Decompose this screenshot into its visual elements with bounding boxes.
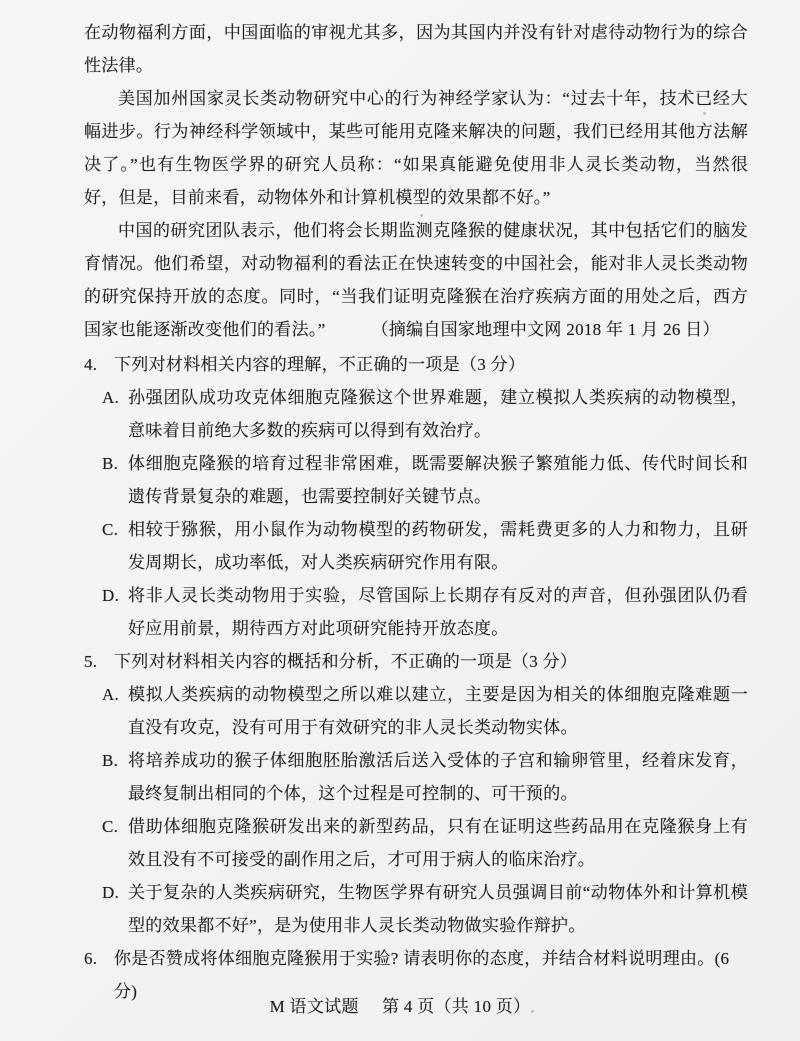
option-label: C.	[102, 810, 128, 876]
scan-speck	[703, 112, 706, 115]
exam-page: 在动物福利方面，中国面临的审视尤其多，因为其国内并没有针对虐待动物行为的综合性法…	[0, 0, 800, 1041]
scan-speck	[531, 1010, 534, 1013]
question-options: A. 模拟人类疾病的动物模型之所以难以建立，主要是因为相关的体细胞克隆难题一直没…	[84, 678, 748, 942]
answer-option: B. 将培养成功的猴子体细胞胚胎激活后送入受体的子宫和输卵管里，经着床发育，最终…	[84, 744, 748, 810]
answer-option: A. 模拟人类疾病的动物模型之所以难以建立，主要是因为相关的体细胞克隆难题一直没…	[84, 678, 748, 744]
option-text: 将培养成功的猴子体细胞胚胎激活后送入受体的子宫和输卵管里，经着床发育，最终复制出…	[128, 744, 748, 810]
question-stem: 下列对材料相关内容的概括和分析，不正确的一项是（3 分）	[114, 645, 748, 678]
option-label: B.	[102, 447, 128, 513]
paragraph-text: 美国加州国家灵长类动物研究中心的行为神经学家认为：“过去十年，技术已经大幅进步。…	[84, 89, 748, 207]
question-number: 5.	[84, 645, 114, 678]
source-attribution: （摘编自国家地理中文网 2018 年 1 月 26 日）	[380, 320, 720, 339]
option-label: A.	[102, 381, 128, 447]
answer-option: D. 将非人灵长类动物用于实验，尽管国际上长期存有反对的声音，但孙强团队仍看好应…	[84, 579, 748, 645]
question-stem-row: 5. 下列对材料相关内容的概括和分析，不正确的一项是（3 分）	[84, 645, 748, 678]
option-text: 孙强团队成功攻克体细胞克隆猴这个世界难题，建立模拟人类疾病的动物模型，意味着目前…	[128, 381, 748, 447]
answer-option: C. 借助体细胞克隆猴研发出来的新型药品，只有在证明这些药品用在克隆猴身上有效且…	[84, 810, 748, 876]
option-text: 关于复杂的人类疾病研究，生物医学界有研究人员强调目前“动物体外和计算机模型的效果…	[128, 876, 748, 942]
page-footer: M 语文试题 第 4 页（共 10 页）	[0, 990, 800, 1023]
question-options: A. 孙强团队成功攻克体细胞克隆猴这个世界难题，建立模拟人类疾病的动物模型，意味…	[84, 381, 748, 645]
answer-option: A. 孙强团队成功攻克体细胞克隆猴这个世界难题，建立模拟人类疾病的动物模型，意味…	[84, 381, 748, 447]
option-label: A.	[102, 678, 128, 744]
paragraph-text: 在动物福利方面，中国面临的审视尤其多，因为其国内并没有针对虐待动物行为的综合性法…	[84, 23, 748, 75]
passage-paragraph: 中国的研究团队表示，他们将会长期监测克隆猴的健康状况，其中包括它们的脑发育情况。…	[84, 214, 748, 346]
option-text: 借助体细胞克隆猴研发出来的新型药品，只有在证明这些药品用在克隆猴身上有效且没有不…	[128, 810, 748, 876]
option-text: 相较于猕猴，用小鼠作为动物模型的药物研发，需耗费更多的人力和物力，且研发周期长，…	[128, 513, 748, 579]
question-block: 5. 下列对材料相关内容的概括和分析，不正确的一项是（3 分） A. 模拟人类疾…	[84, 645, 748, 942]
questions-section: 4. 下列对材料相关内容的理解，不正确的一项是（3 分） A. 孙强团队成功攻克…	[84, 348, 748, 1008]
option-text: 体细胞克隆猴的培育过程非常困难，既需要解决猴子繁殖能力低、传代时间长和遗传背景复…	[128, 447, 748, 513]
scan-speck	[312, 760, 315, 763]
page-number: 第 4 页（共 10 页）	[382, 997, 530, 1016]
option-label: B.	[102, 744, 128, 810]
scan-speck	[420, 214, 423, 217]
question-number: 4.	[84, 348, 114, 381]
reading-passage: 在动物福利方面，中国面临的审视尤其多，因为其国内并没有针对虐待动物行为的综合性法…	[84, 16, 748, 346]
question-stem: 下列对材料相关内容的理解，不正确的一项是（3 分）	[114, 348, 748, 381]
option-label: D.	[102, 876, 128, 942]
answer-option: B. 体细胞克隆猴的培育过程非常困难，既需要解决猴子繁殖能力低、传代时间长和遗传…	[84, 447, 748, 513]
option-text: 将非人灵长类动物用于实验，尽管国际上长期存有反对的声音，但孙强团队仍看好应用前景…	[128, 579, 748, 645]
question-stem-row: 4. 下列对材料相关内容的理解，不正确的一项是（3 分）	[84, 348, 748, 381]
passage-paragraph: 美国加州国家灵长类动物研究中心的行为神经学家认为：“过去十年，技术已经大幅进步。…	[84, 82, 748, 214]
passage-paragraph: 在动物福利方面，中国面临的审视尤其多，因为其国内并没有针对虐待动物行为的综合性法…	[84, 16, 748, 82]
option-text: 模拟人类疾病的动物模型之所以难以建立，主要是因为相关的体细胞克隆难题一直没有攻克…	[128, 678, 748, 744]
exam-title: M 语文试题	[270, 997, 359, 1016]
question-block: 4. 下列对材料相关内容的理解，不正确的一项是（3 分） A. 孙强团队成功攻克…	[84, 348, 748, 645]
answer-option: D. 关于复杂的人类疾病研究，生物医学界有研究人员强调目前“动物体外和计算机模型…	[84, 876, 748, 942]
option-label: D.	[102, 579, 128, 645]
answer-option: C. 相较于猕猴，用小鼠作为动物模型的药物研发，需耗费更多的人力和物力，且研发周…	[84, 513, 748, 579]
option-label: C.	[102, 513, 128, 579]
